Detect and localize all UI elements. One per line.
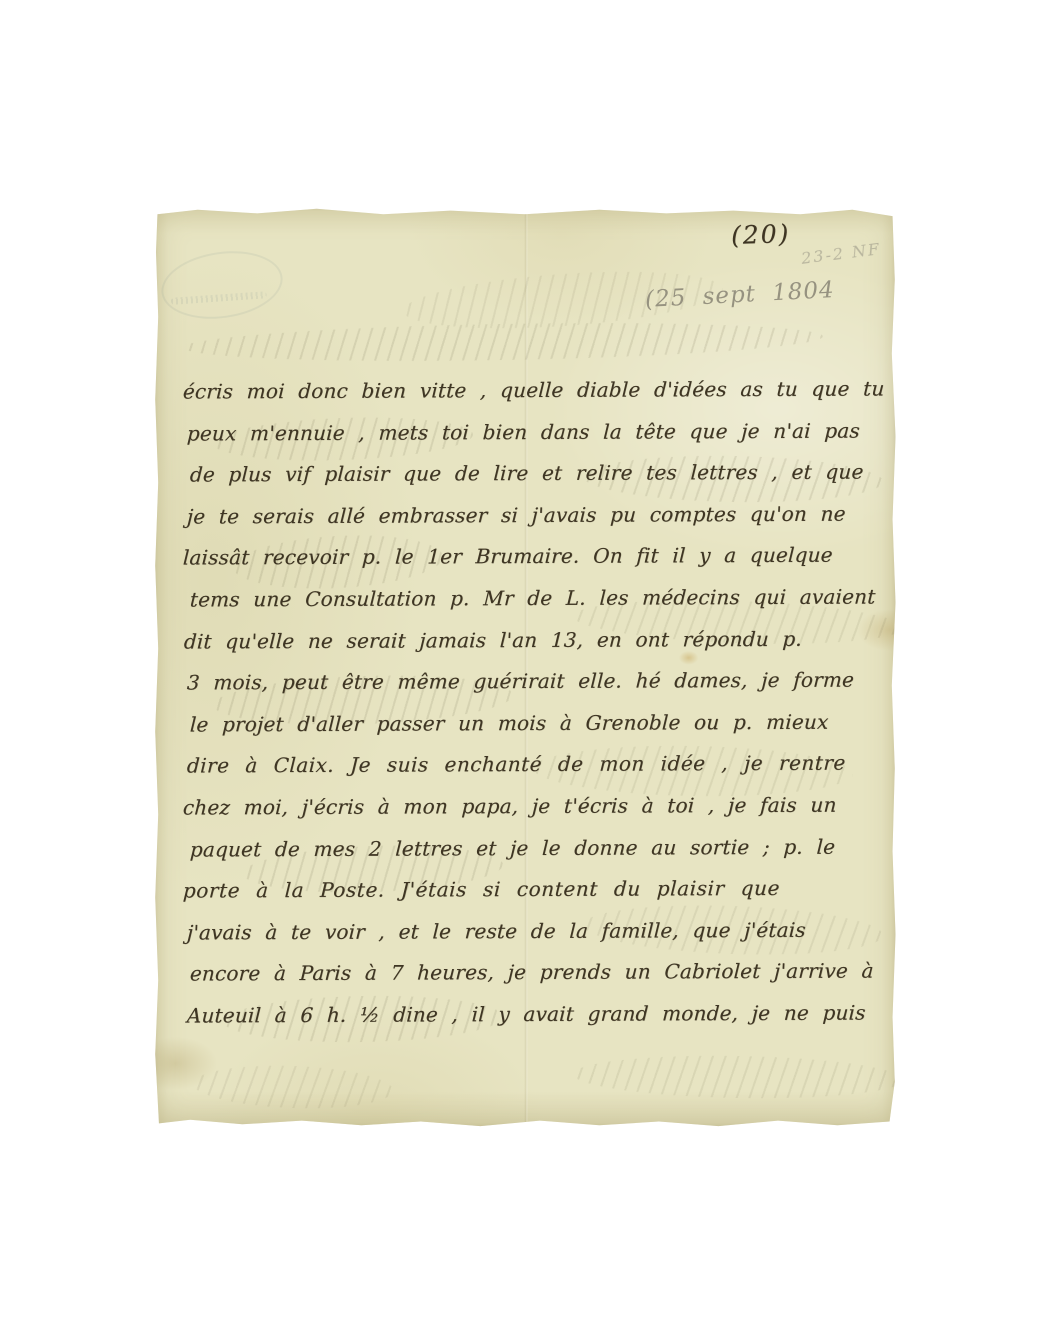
handwritten-line: j'avais à te voir , et le reste de la fa… — [186, 908, 878, 953]
handwritten-line: je te serais allé embrasser si j'avais p… — [186, 492, 878, 537]
handwritten-line: porte à la Poste. J'étais si content du … — [182, 867, 878, 912]
scan-background: { "colors": { "background": "#ffffff", "… — [0, 0, 1040, 1338]
handwritten-line: laissât recevoir p. le 1er Brumaire. On … — [182, 534, 878, 579]
faint-pencil-note: 23-2 NF — [800, 239, 882, 268]
bleedthrough-patch — [573, 1053, 904, 1101]
bleedthrough-patch — [192, 1063, 393, 1112]
handwritten-line: écris moi donc bien vitte , quelle diabl… — [182, 367, 878, 412]
handwritten-line: dit qu'elle ne serait jamais l'an 13, en… — [183, 617, 878, 662]
handwritten-line: Auteuil à 6 h. ½ dine , il y avait grand… — [186, 991, 878, 1036]
handwritten-line: 3 mois, peut être même guérirait elle. h… — [186, 659, 878, 704]
faint-postal-stamp-mark — [157, 244, 287, 326]
handwritten-line: encore à Paris à 7 heures, je prends un … — [189, 950, 878, 995]
handwritten-line: paquet de mes 2 lettres et je le donne a… — [189, 825, 878, 870]
page-number-annotation: (20) — [731, 219, 791, 250]
handwritten-line: le projet d'aller passer un mois à Greno… — [189, 700, 878, 745]
handwritten-line: de plus vif plaisir que de lire et relir… — [189, 451, 878, 496]
handwritten-line: peux m'ennuie , mets toi bien dans la tê… — [186, 409, 878, 454]
handwritten-line: tems une Consultation p. Mr de L. les mé… — [189, 575, 878, 620]
letter-page: (20) 23-2 NF (25 sept 1804 écris moi don… — [153, 206, 897, 1128]
handwritten-line: chez moi, j'écris à mon papa, je t'écris… — [182, 783, 878, 828]
handwritten-line: dire à Claix. Je suis enchanté de mon id… — [186, 742, 878, 787]
handwritten-letter-body: écris moi donc bien vitte , quelle diabl… — [183, 369, 877, 1035]
